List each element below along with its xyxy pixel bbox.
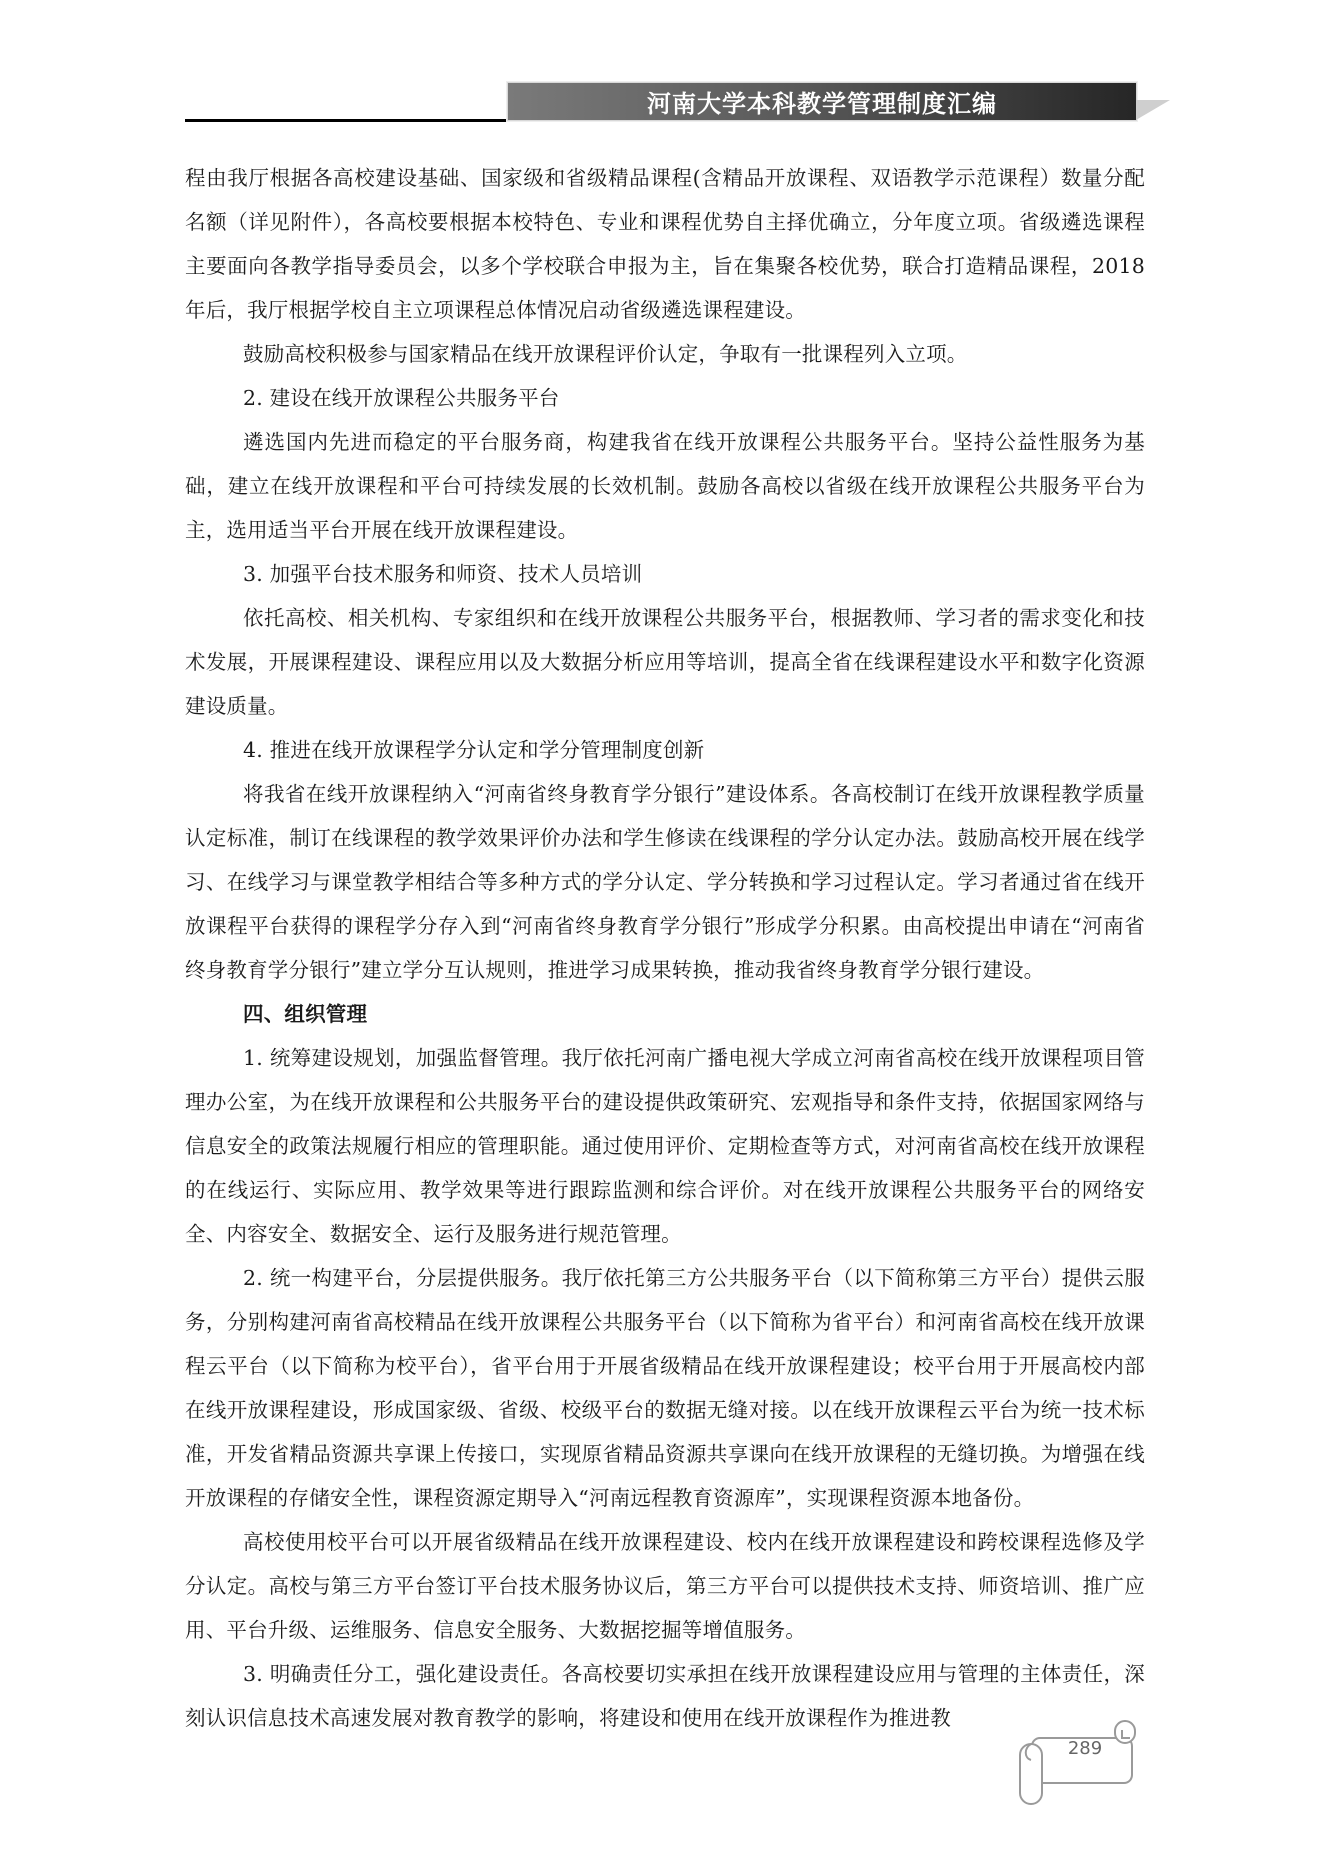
- document-title: 河南大学本科教学管理制度汇编: [647, 84, 997, 119]
- subheading: 3. 加强平台技术服务和师资、技术人员培训: [185, 552, 1145, 596]
- paragraph: 程由我厅根据各高校建设基础、国家级和省级精品课程(含精品开放课程、双语教学示范课…: [185, 156, 1145, 332]
- page-number: 289: [1050, 1738, 1120, 1759]
- header-banner: 河南大学本科教学管理制度汇编: [507, 82, 1137, 121]
- paragraph: 2. 统一构建平台，分层提供服务。我厅依托第三方公共服务平台（以下简称第三方平台…: [185, 1256, 1145, 1520]
- paragraph: 1. 统筹建设规划，加强监督管理。我厅依托河南广播电视大学成立河南省高校在线开放…: [185, 1036, 1145, 1256]
- scroll-banner-icon: [1010, 1720, 1140, 1815]
- banner-fold-icon: [1136, 100, 1170, 120]
- paragraph: 3. 明确责任分工，强化建设责任。各高校要切实承担在线开放课程建设应用与管理的主…: [185, 1652, 1145, 1740]
- paragraph: 高校使用校平台可以开展省级精品在线开放课程建设、校内在线开放课程建设和跨校课程选…: [185, 1520, 1145, 1652]
- section-heading: 四、组织管理: [185, 992, 1145, 1036]
- document-body: 程由我厅根据各高校建设基础、国家级和省级精品课程(含精品开放课程、双语教学示范课…: [185, 156, 1145, 1740]
- subheading: 4. 推进在线开放课程学分认定和学分管理制度创新: [185, 728, 1145, 772]
- paragraph: 将我省在线开放课程纳入“河南省终身教育学分银行”建设体系。各高校制订在线开放课程…: [185, 772, 1145, 992]
- paragraph: 依托高校、相关机构、专家组织和在线开放课程公共服务平台，根据教师、学习者的需求变…: [185, 596, 1145, 728]
- paragraph: 鼓励高校积极参与国家精品在线开放课程评价认定，争取有一批课程列入立项。: [185, 332, 1145, 376]
- paragraph: 遴选国内先进而稳定的平台服务商，构建我省在线开放课程公共服务平台。坚持公益性服务…: [185, 420, 1145, 552]
- subheading: 2. 建设在线开放课程公共服务平台: [185, 376, 1145, 420]
